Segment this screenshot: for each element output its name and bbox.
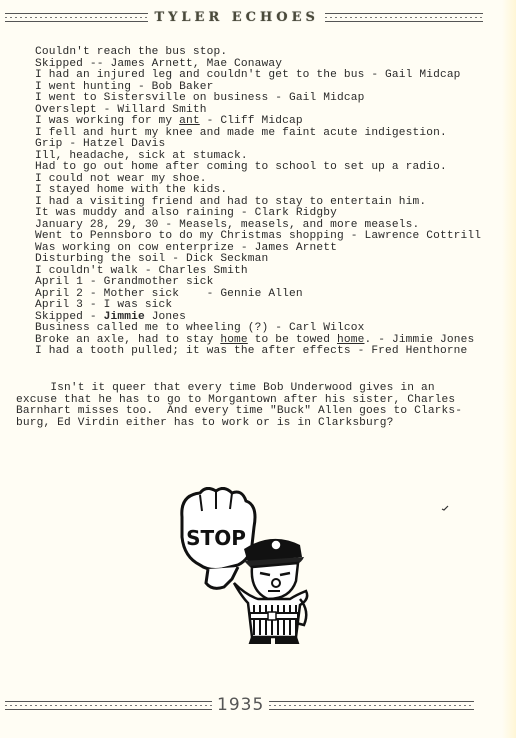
footer-rule-right (269, 701, 474, 710)
footer-year: 1935 (212, 695, 269, 715)
header-rule-left (5, 13, 148, 22)
paragraph-line: Isn't it queer that every time Bob Under… (16, 383, 496, 395)
pencil-check-mark-icon (441, 505, 449, 511)
footer-rule-left (5, 701, 212, 710)
page-header: TYLER ECHOES (5, 10, 483, 24)
gossip-paragraph: Isn't it queer that every time Bob Under… (16, 383, 496, 429)
paragraph-line: burg, Ed Virdin either has to work or is… (16, 418, 496, 430)
publication-title: TYLER ECHOES (148, 10, 325, 25)
policeman-stop-icon: STOP (172, 487, 312, 647)
stop-sign-text: STOP (186, 526, 246, 550)
excuse-line: I had a tooth pulled; it was the after e… (35, 346, 510, 358)
paragraph-line: Barnhart misses too. And every time "Buc… (16, 406, 496, 418)
page-footer: 1935 (5, 698, 483, 712)
excuses-list: Couldn't reach the bus stop.Skipped -- J… (35, 47, 510, 358)
header-rule-right (325, 13, 483, 22)
